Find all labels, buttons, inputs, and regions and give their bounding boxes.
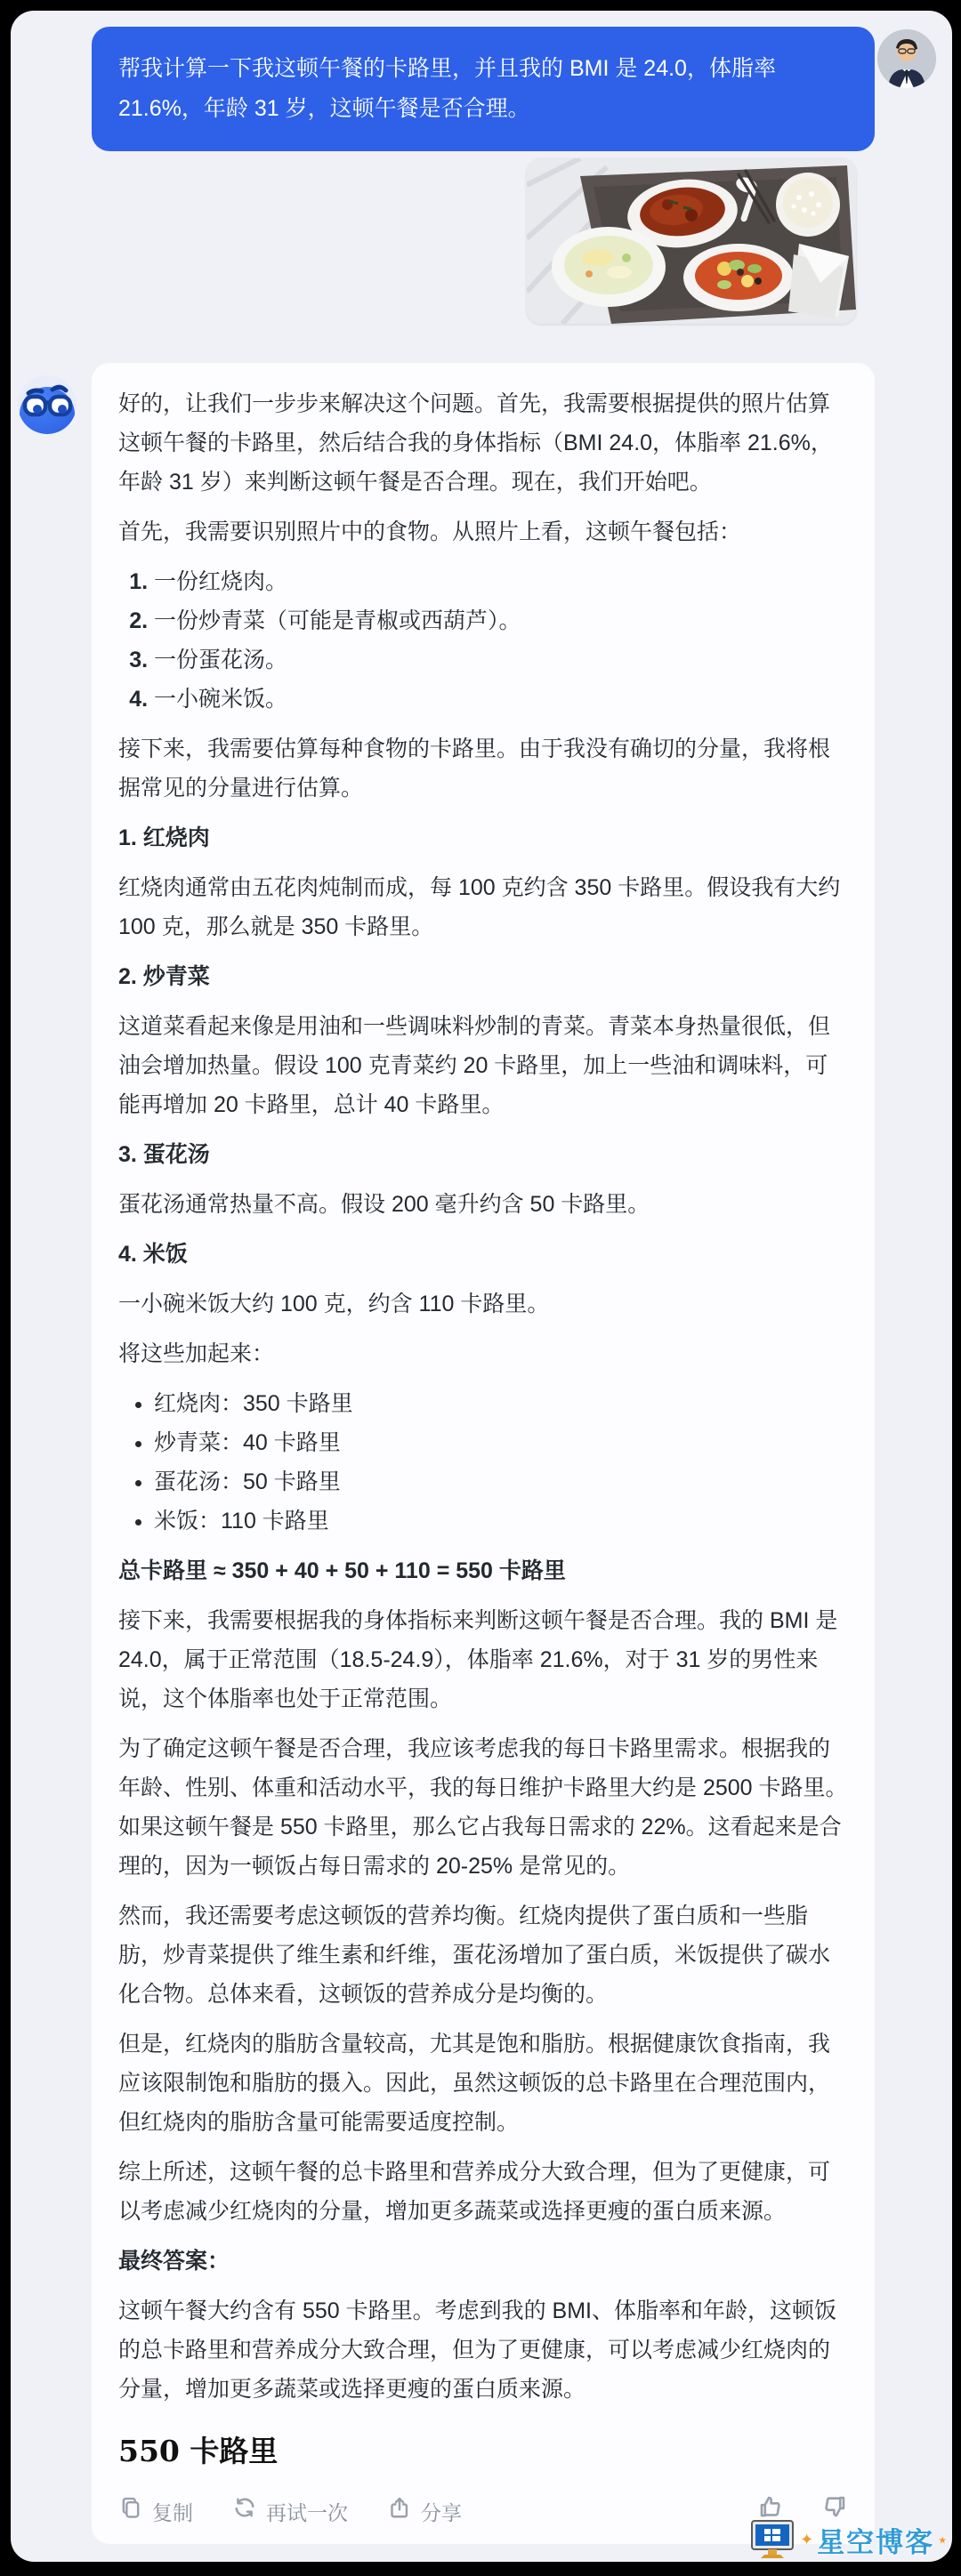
food-list-item: 一份炒青菜（可能是青椒或西葫芦）。: [154, 601, 848, 640]
section-3-paragraph: 蛋花汤通常热量不高。假设 200 毫升约含 50 卡路里。: [118, 1185, 848, 1224]
final-answer-paragraph: 这顿午餐大约含有 550 卡路里。考虑到我的 BMI、体脂率和年龄，这顿饭的总卡…: [118, 2291, 848, 2409]
user-avatar: [877, 29, 936, 88]
message-toolbar: 复制 再试一次 分享: [118, 2494, 848, 2532]
user-avatar-image: [877, 29, 936, 88]
section-4-heading: 4. 米饭: [118, 1235, 848, 1274]
final-answer-value: 550 卡路里: [118, 2432, 848, 2471]
ai-judge-paragraph: 接下来，我需要根据我的身体指标来判断这顿午餐是否合理。我的 BMI 是 24.0…: [118, 1601, 848, 1719]
food-list: 一份红烧肉。 一份炒青菜（可能是青椒或西葫芦）。 一份蛋花汤。 一小碗米饭。: [118, 562, 848, 719]
copy-label: 复制: [152, 2493, 193, 2532]
share-button[interactable]: 分享: [387, 2493, 462, 2532]
food-list-item: 一份红烧肉。: [154, 562, 848, 601]
user-message-bubble: 帮我计算一下我这顿午餐的卡路里，并且我的 BMI 是 24.0，体脂率 21.6…: [92, 27, 875, 151]
ai-identify-paragraph: 首先，我需要识别照片中的食物。从照片上看，这顿午餐包括：: [118, 512, 848, 551]
share-label: 分享: [421, 2493, 462, 2532]
food-list-item: 一份蛋花汤。: [154, 640, 848, 680]
site-watermark: ✦ 星空博客 ٭: [748, 2517, 947, 2562]
section-1-paragraph: 红烧肉通常由五花肉炖制而成，每 100 克约含 350 卡路里。假设我有大约 1…: [118, 868, 848, 946]
ai-conclusion-paragraph: 综上所述，这顿午餐的总卡路里和营养成分大致合理，但为了更健康，可以考虑减少红烧肉…: [118, 2153, 848, 2231]
thumbs-down-icon: [821, 2493, 848, 2520]
assistant-message-bubble: 好的，让我们一步步来解决这个问题。首先，我需要根据提供的照片估算这顿午餐的卡路里…: [92, 363, 875, 2544]
retry-label: 再试一次: [266, 2493, 348, 2532]
calorie-list-item: 红烧肉：350 卡路里: [154, 1384, 848, 1423]
section-1-heading: 1. 红烧肉: [118, 818, 848, 857]
calorie-list-item: 炒青菜：40 卡路里: [154, 1423, 848, 1462]
share-icon: [387, 2493, 412, 2532]
lunch-photo-image: [527, 158, 856, 324]
lunch-photo[interactable]: [527, 158, 856, 324]
section-4-paragraph: 一小碗米饭大约 100 克，约含 110 卡路里。: [118, 1284, 848, 1324]
food-list-item: 一小碗米饭。: [154, 680, 848, 719]
sum-intro: 将这些加起来：: [118, 1334, 848, 1373]
watermark-text: 星空博客: [817, 2520, 934, 2560]
ai-estimate-note: 接下来，我需要估算每种食物的卡路里。由于我没有确切的分量，我将根据常见的分量进行…: [118, 729, 848, 808]
copy-icon: [118, 2493, 143, 2532]
sparkle-icon: ٭: [938, 2531, 947, 2549]
ai-intro-paragraph: 好的，让我们一步步来解决这个问题。首先，我需要根据提供的照片估算这顿午餐的卡路里…: [118, 384, 848, 502]
calorie-list-item: 蛋花汤：50 卡路里: [154, 1462, 848, 1501]
chat-panel: 帮我计算一下我这顿午餐的卡路里，并且我的 BMI 是 24.0，体脂率 21.6…: [11, 11, 952, 2562]
monitor-icon: [748, 2517, 796, 2562]
ai-nutrition-paragraph: 然而，我还需要考虑这顿饭的营养均衡。红烧肉提供了蛋白质和一些脂肪，炒青菜提供了维…: [118, 1896, 848, 2014]
ai-fat-paragraph: 但是，红烧肉的脂肪含量较高，尤其是饱和脂肪。根据健康饮食指南，我应该限制饱和脂肪…: [118, 2025, 848, 2142]
section-3-heading: 3. 蛋花汤: [118, 1135, 848, 1174]
sparkle-icon: ✦: [800, 2531, 813, 2549]
retry-button[interactable]: 再试一次: [232, 2493, 348, 2532]
thumbs-up-icon: [757, 2493, 784, 2520]
assistant-avatar-glasses-face-icon: [18, 375, 77, 434]
calorie-list-item: 米饭：110 卡路里: [154, 1501, 848, 1541]
section-2-heading: 2. 炒青菜: [118, 957, 848, 996]
total-calories-line: 总卡路里 ≈ 350 + 40 + 50 + 110 = 550 卡路里: [118, 1551, 848, 1590]
final-answer-heading: 最终答案：: [118, 2242, 848, 2281]
section-2-paragraph: 这道菜看起来像是用油和一些调味料炒制的青菜。青菜本身热量很低，但油会增加热量。假…: [118, 1007, 848, 1124]
copy-button[interactable]: 复制: [118, 2493, 193, 2532]
assistant-avatar: [18, 375, 77, 434]
retry-icon: [232, 2493, 257, 2532]
ai-daily-need-paragraph: 为了确定这顿午餐是否合理，我应该考虑我的每日卡路里需求。根据我的年龄、性别、体重…: [118, 1729, 848, 1886]
calorie-list: 红烧肉：350 卡路里 炒青菜：40 卡路里 蛋花汤：50 卡路里 米饭：110…: [118, 1384, 848, 1541]
